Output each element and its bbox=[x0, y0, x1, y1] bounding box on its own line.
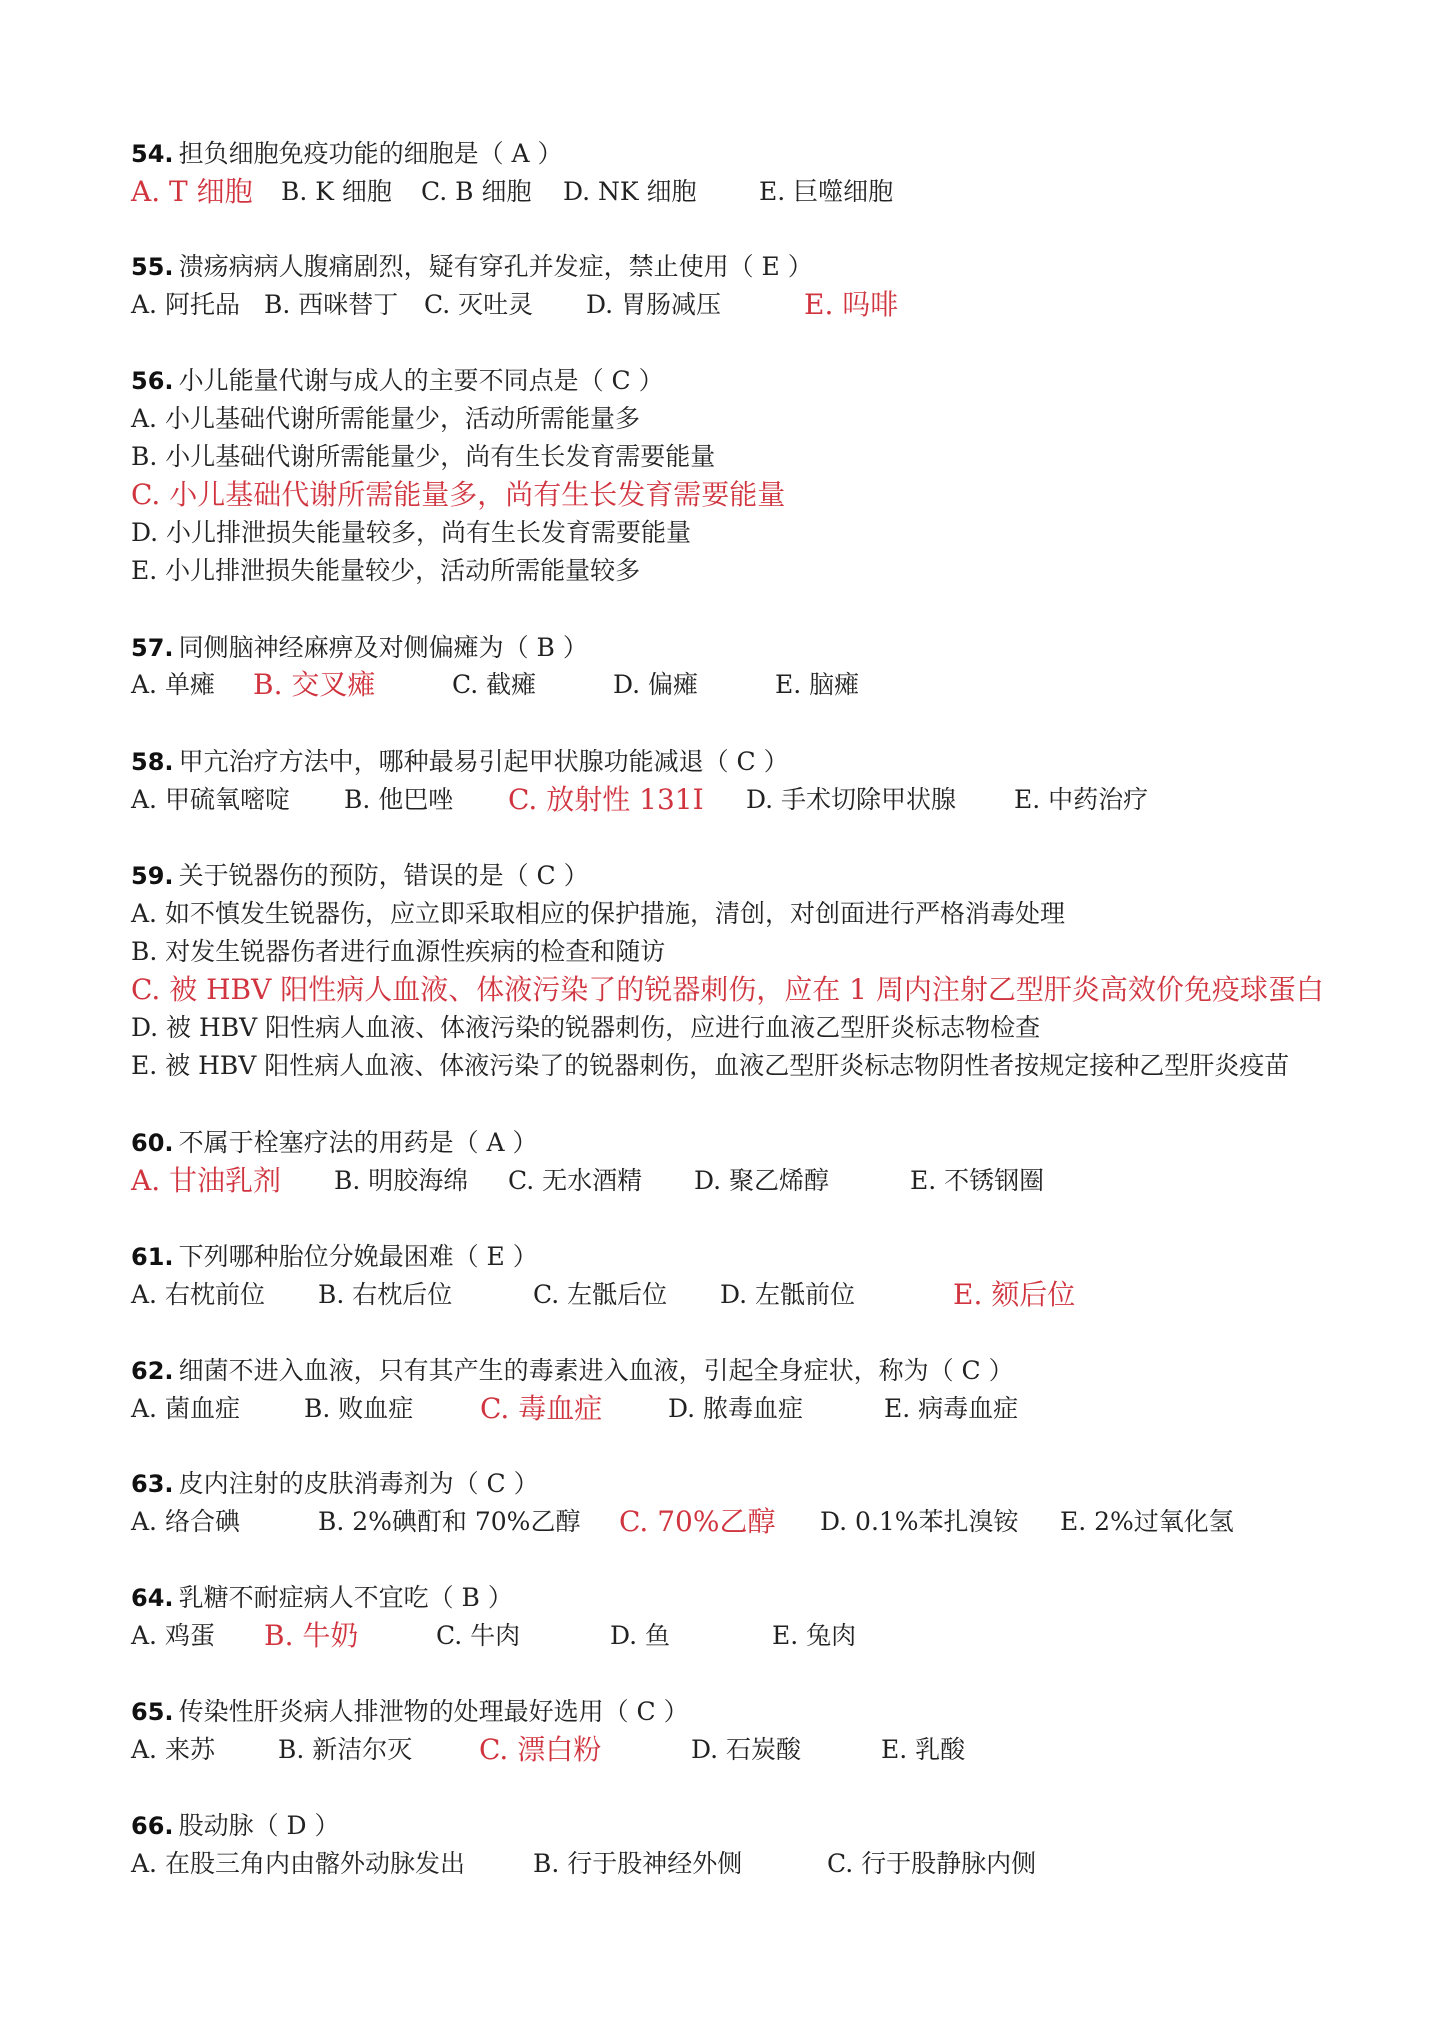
option-b: B. 行于股神经外侧 bbox=[533, 1846, 742, 1882]
question-text: 皮内注射的皮肤消毒剂为（ C ） bbox=[179, 1469, 539, 1498]
question-number: 62. bbox=[131, 1357, 174, 1385]
option-d: D. 脓毒血症 bbox=[668, 1391, 803, 1427]
option-c: C. 截瘫 bbox=[452, 667, 536, 703]
option-e: E. 2%过氧化氢 bbox=[1060, 1504, 1234, 1540]
option-e: E. 乳酸 bbox=[881, 1732, 965, 1768]
question-58-title: 58. 甲亢治疗方法中，哪种最易引起甲状腺功能减退（ C ） bbox=[131, 744, 789, 780]
option-b-correct: B. 交叉瘫 bbox=[253, 667, 375, 703]
option-b: B. 败血症 bbox=[304, 1391, 413, 1427]
option-c-correct: C. 70%乙醇 bbox=[619, 1504, 775, 1540]
question-62-title: 62. 细菌不进入血液，只有其产生的毒素进入血液，引起全身症状，称为（ C ） bbox=[131, 1353, 1014, 1389]
question-55-options: A. 阿托品 B. 西咪替丁 C. 灭吐灵 D. 胃肠减压 E. 吗啡 bbox=[0, 287, 1440, 323]
question-62-options: A. 菌血症 B. 败血症 C. 毒血症 D. 脓毒血症 E. 病毒血症 bbox=[0, 1391, 1440, 1427]
option-a: A. 小儿基础代谢所需能量少，活动所需能量多 bbox=[131, 401, 640, 437]
question-number: 56. bbox=[131, 367, 174, 395]
option-d: D. NK 细胞 bbox=[563, 174, 697, 210]
option-c: C. 灭吐灵 bbox=[424, 287, 533, 323]
question-60-title: 60. 不属于栓塞疗法的用药是（ A ） bbox=[131, 1125, 538, 1161]
question-54-options: A. T 细胞 B. K 细胞 C. B 细胞 D. NK 细胞 E. 巨噬细胞 bbox=[0, 174, 1440, 210]
question-55-title: 55. 溃疡病病人腹痛剧烈，疑有穿孔并发症，禁止使用（ E ） bbox=[131, 249, 813, 285]
option-d: D. 聚乙烯醇 bbox=[694, 1163, 829, 1199]
question-text: 溃疡病病人腹痛剧烈，疑有穿孔并发症，禁止使用（ E ） bbox=[179, 252, 813, 281]
option-b-correct: B. 牛奶 bbox=[264, 1618, 358, 1654]
question-63-options: A. 络合碘 B. 2%碘酊和 70%乙醇 C. 70%乙醇 D. 0.1%苯扎… bbox=[0, 1504, 1440, 1540]
question-text: 担负细胞免疫功能的细胞是（ A ） bbox=[179, 139, 563, 168]
option-e: E. 不锈钢圈 bbox=[910, 1163, 1044, 1199]
question-text: 甲亢治疗方法中，哪种最易引起甲状腺功能减退（ C ） bbox=[179, 747, 789, 776]
option-c-correct: C. 小儿基础代谢所需能量多，尚有生长发育需要能量 bbox=[131, 477, 785, 513]
option-b: B. 右枕后位 bbox=[318, 1277, 452, 1313]
option-d: D. 胃肠减压 bbox=[586, 287, 721, 323]
option-c: C. 左骶后位 bbox=[533, 1277, 667, 1313]
question-number: 66. bbox=[131, 1812, 174, 1840]
option-d: D. 手术切除甲状腺 bbox=[746, 782, 956, 818]
option-b: B. 明胶海绵 bbox=[334, 1163, 468, 1199]
option-a: A. 甲硫氧嘧啶 bbox=[131, 782, 290, 818]
question-number: 60. bbox=[131, 1129, 174, 1157]
option-a: A. 右枕前位 bbox=[131, 1277, 265, 1313]
question-number: 59. bbox=[131, 862, 174, 890]
question-57-options: A. 单瘫 B. 交叉瘫 C. 截瘫 D. 偏瘫 E. 脑瘫 bbox=[0, 667, 1440, 703]
question-text: 小儿能量代谢与成人的主要不同点是（ C ） bbox=[179, 366, 664, 395]
question-66-options: A. 在股三角内由髂外动脉发出 B. 行于股神经外侧 C. 行于股静脉内侧 bbox=[0, 1846, 1440, 1882]
option-b: B. 他巴唑 bbox=[344, 782, 453, 818]
option-d: D. 被 HBV 阳性病人血液、体液污染的锐器刺伤，应进行血液乙型肝炎标志物检查 bbox=[131, 1010, 1040, 1046]
option-c: C. 无水酒精 bbox=[508, 1163, 642, 1199]
question-text: 关于锐器伤的预防，错误的是（ C ） bbox=[179, 861, 589, 890]
option-b: B. 西咪替丁 bbox=[264, 287, 398, 323]
question-60-options: A. 甘油乳剂 B. 明胶海绵 C. 无水酒精 D. 聚乙烯醇 E. 不锈钢圈 bbox=[0, 1163, 1440, 1199]
option-e: E. 被 HBV 阳性病人血液、体液污染了的锐器刺伤，血液乙型肝炎标志物阴性者按… bbox=[131, 1048, 1289, 1084]
question-59-title: 59. 关于锐器伤的预防，错误的是（ C ） bbox=[131, 858, 589, 894]
option-d: D. 偏瘫 bbox=[613, 667, 698, 703]
option-b: B. 新洁尔灭 bbox=[278, 1732, 412, 1768]
option-c: C. 牛肉 bbox=[436, 1618, 520, 1654]
option-a: A. 来苏 bbox=[131, 1732, 215, 1768]
option-d: D. 左骶前位 bbox=[720, 1277, 855, 1313]
option-a: A. 单瘫 bbox=[131, 667, 215, 703]
option-e-correct: E. 吗啡 bbox=[804, 287, 898, 323]
option-d: D. 鱼 bbox=[610, 1618, 670, 1654]
option-a-correct: A. T 细胞 bbox=[131, 174, 253, 210]
question-58-options: A. 甲硫氧嘧啶 B. 他巴唑 C. 放射性 131I D. 手术切除甲状腺 E… bbox=[0, 782, 1440, 818]
option-d: D. 0.1%苯扎溴铵 bbox=[820, 1504, 1019, 1540]
option-e: E. 巨噬细胞 bbox=[759, 174, 893, 210]
option-e: E. 兔肉 bbox=[772, 1618, 856, 1654]
option-a: A. 阿托品 bbox=[131, 287, 240, 323]
question-65-options: A. 来苏 B. 新洁尔灭 C. 漂白粉 D. 石炭酸 E. 乳酸 bbox=[0, 1732, 1440, 1768]
option-b: B. K 细胞 bbox=[281, 174, 392, 210]
question-61-title: 61. 下列哪种胎位分娩最困难（ E ） bbox=[131, 1239, 538, 1275]
option-d: D. 小儿排泄损失能量较多，尚有生长发育需要能量 bbox=[131, 515, 691, 551]
option-c-correct: C. 放射性 131I bbox=[508, 782, 704, 818]
question-text: 股动脉（ D ） bbox=[179, 1811, 340, 1840]
question-64-options: A. 鸡蛋 B. 牛奶 C. 牛肉 D. 鱼 E. 兔肉 bbox=[0, 1618, 1440, 1654]
option-b: B. 小儿基础代谢所需能量少，尚有生长发育需要能量 bbox=[131, 439, 715, 475]
question-text: 乳糖不耐症病人不宜吃（ B ） bbox=[179, 1583, 513, 1612]
question-65-title: 65. 传染性肝炎病人排泄物的处理最好选用（ C ） bbox=[131, 1694, 689, 1730]
option-a: A. 在股三角内由髂外动脉发出 bbox=[131, 1846, 465, 1882]
option-a: A. 鸡蛋 bbox=[131, 1618, 215, 1654]
option-a: A. 如不慎发生锐器伤，应立即采取相应的保护措施，清创，对创面进行严格消毒处理 bbox=[131, 896, 1065, 932]
question-number: 65. bbox=[131, 1698, 174, 1726]
question-number: 55. bbox=[131, 253, 174, 281]
option-c-correct: C. 被 HBV 阳性病人血液、体液污染了的锐器刺伤，应在 1 周内注射乙型肝炎… bbox=[131, 972, 1324, 1008]
option-d: D. 石炭酸 bbox=[691, 1732, 801, 1768]
option-b: B. 对发生锐器伤者进行血源性疾病的检查和随访 bbox=[131, 934, 665, 970]
option-a-correct: A. 甘油乳剂 bbox=[131, 1163, 281, 1199]
question-61-options: A. 右枕前位 B. 右枕后位 C. 左骶后位 D. 左骶前位 E. 颏后位 bbox=[0, 1277, 1440, 1313]
question-text: 不属于栓塞疗法的用药是（ A ） bbox=[179, 1128, 538, 1157]
option-c: C. B 细胞 bbox=[421, 174, 531, 210]
option-c-correct: C. 漂白粉 bbox=[479, 1732, 601, 1768]
question-number: 54. bbox=[131, 140, 174, 168]
question-number: 61. bbox=[131, 1243, 174, 1271]
option-c: C. 行于股静脉内侧 bbox=[827, 1846, 1036, 1882]
question-number: 63. bbox=[131, 1470, 174, 1498]
question-number: 58. bbox=[131, 748, 174, 776]
question-66-title: 66. 股动脉（ D ） bbox=[131, 1808, 340, 1844]
question-63-title: 63. 皮内注射的皮肤消毒剂为（ C ） bbox=[131, 1466, 539, 1502]
question-56-title: 56. 小儿能量代谢与成人的主要不同点是（ C ） bbox=[131, 363, 664, 399]
question-text: 同侧脑神经麻痹及对侧偏瘫为（ B ） bbox=[179, 633, 588, 662]
question-text: 下列哪种胎位分娩最困难（ E ） bbox=[179, 1242, 538, 1271]
option-e: E. 小儿排泄损失能量较少，活动所需能量较多 bbox=[131, 553, 640, 589]
question-64-title: 64. 乳糖不耐症病人不宜吃（ B ） bbox=[131, 1580, 513, 1616]
option-a: A. 菌血症 bbox=[131, 1391, 240, 1427]
option-b: B. 2%碘酊和 70%乙醇 bbox=[318, 1504, 580, 1540]
option-e: E. 脑瘫 bbox=[775, 667, 859, 703]
option-c-correct: C. 毒血症 bbox=[480, 1391, 602, 1427]
question-57-title: 57. 同侧脑神经麻痹及对侧偏瘫为（ B ） bbox=[131, 630, 588, 666]
question-text: 细菌不进入血液，只有其产生的毒素进入血液，引起全身症状，称为（ C ） bbox=[179, 1356, 1014, 1385]
question-number: 57. bbox=[131, 634, 174, 662]
option-e: E. 中药治疗 bbox=[1014, 782, 1148, 818]
option-e-correct: E. 颏后位 bbox=[953, 1277, 1075, 1313]
question-54-title: 54. 担负细胞免疫功能的细胞是（ A ） bbox=[131, 136, 563, 172]
option-e: E. 病毒血症 bbox=[884, 1391, 1018, 1427]
option-a: A. 络合碘 bbox=[131, 1504, 240, 1540]
question-text: 传染性肝炎病人排泄物的处理最好选用（ C ） bbox=[179, 1697, 689, 1726]
question-number: 64. bbox=[131, 1584, 174, 1612]
